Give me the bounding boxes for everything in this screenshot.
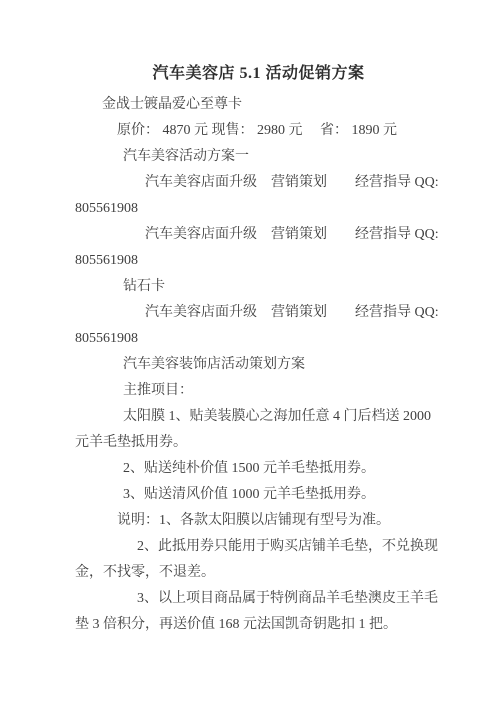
note2-line: 2、此抵用券只能用于购买店铺羊毛垫，不兑换现 — [75, 534, 442, 560]
qq-contact-line: 汽车美容店面升级 营销策划 经营指导 QQ: — [75, 300, 442, 326]
item2-line: 2、贴送纯朴价值 1500 元羊毛垫抵用券。 — [75, 456, 442, 482]
document-body: 汽车美容店 5.1 活动促销方案 金战士镀晶爱心至尊卡 原价： 4870 元 现… — [0, 0, 500, 638]
main-items-heading: 主推项目： — [75, 378, 442, 404]
qq-contact-line: 汽车美容店面升级 营销策划 经营指导 QQ: — [75, 170, 442, 196]
qq-contact-line: 汽车美容店面升级 营销策划 经营指导 QQ: — [75, 222, 442, 248]
item1-line: 太阳膜 1、贴美装膜心之海加任意 4 门后档送 2000 — [75, 404, 442, 430]
document-page: 汽车美容店 5.1 活动促销方案 金战士镀晶爱心至尊卡 原价： 4870 元 现… — [0, 0, 500, 707]
item3-line: 3、贴送清风价值 1000 元羊毛垫抵用券。 — [75, 482, 442, 508]
price-line: 原价： 4870 元 现售： 2980 元 省： 1890 元 — [75, 118, 442, 144]
note3-continuation: 垫 3 倍积分，再送价值 168 元法国凯奇钥匙扣 1 把。 — [75, 612, 442, 638]
note1-line: 说明：1、各款太阳膜以店铺现有型号为准。 — [75, 508, 442, 534]
qq-number: 805561908 — [75, 326, 442, 352]
note2-continuation: 金，不找零，不退差。 — [75, 560, 442, 586]
page-title: 汽车美容店 5.1 活动促销方案 — [75, 56, 442, 92]
diamond-card-heading: 钻石卡 — [75, 274, 442, 300]
card-title-line: 金战士镀晶爱心至尊卡 — [75, 92, 442, 118]
decor-plan-heading: 汽车美容装饰店活动策划方案 — [75, 352, 442, 378]
item1-continuation: 元羊毛垫抵用券。 — [75, 430, 442, 456]
qq-number: 805561908 — [75, 196, 442, 222]
qq-number: 805561908 — [75, 248, 442, 274]
plan-one-heading: 汽车美容活动方案一 — [75, 144, 442, 170]
note3-line: 3、以上项目商品属于特例商品羊毛垫澳皮王羊毛 — [75, 586, 442, 612]
